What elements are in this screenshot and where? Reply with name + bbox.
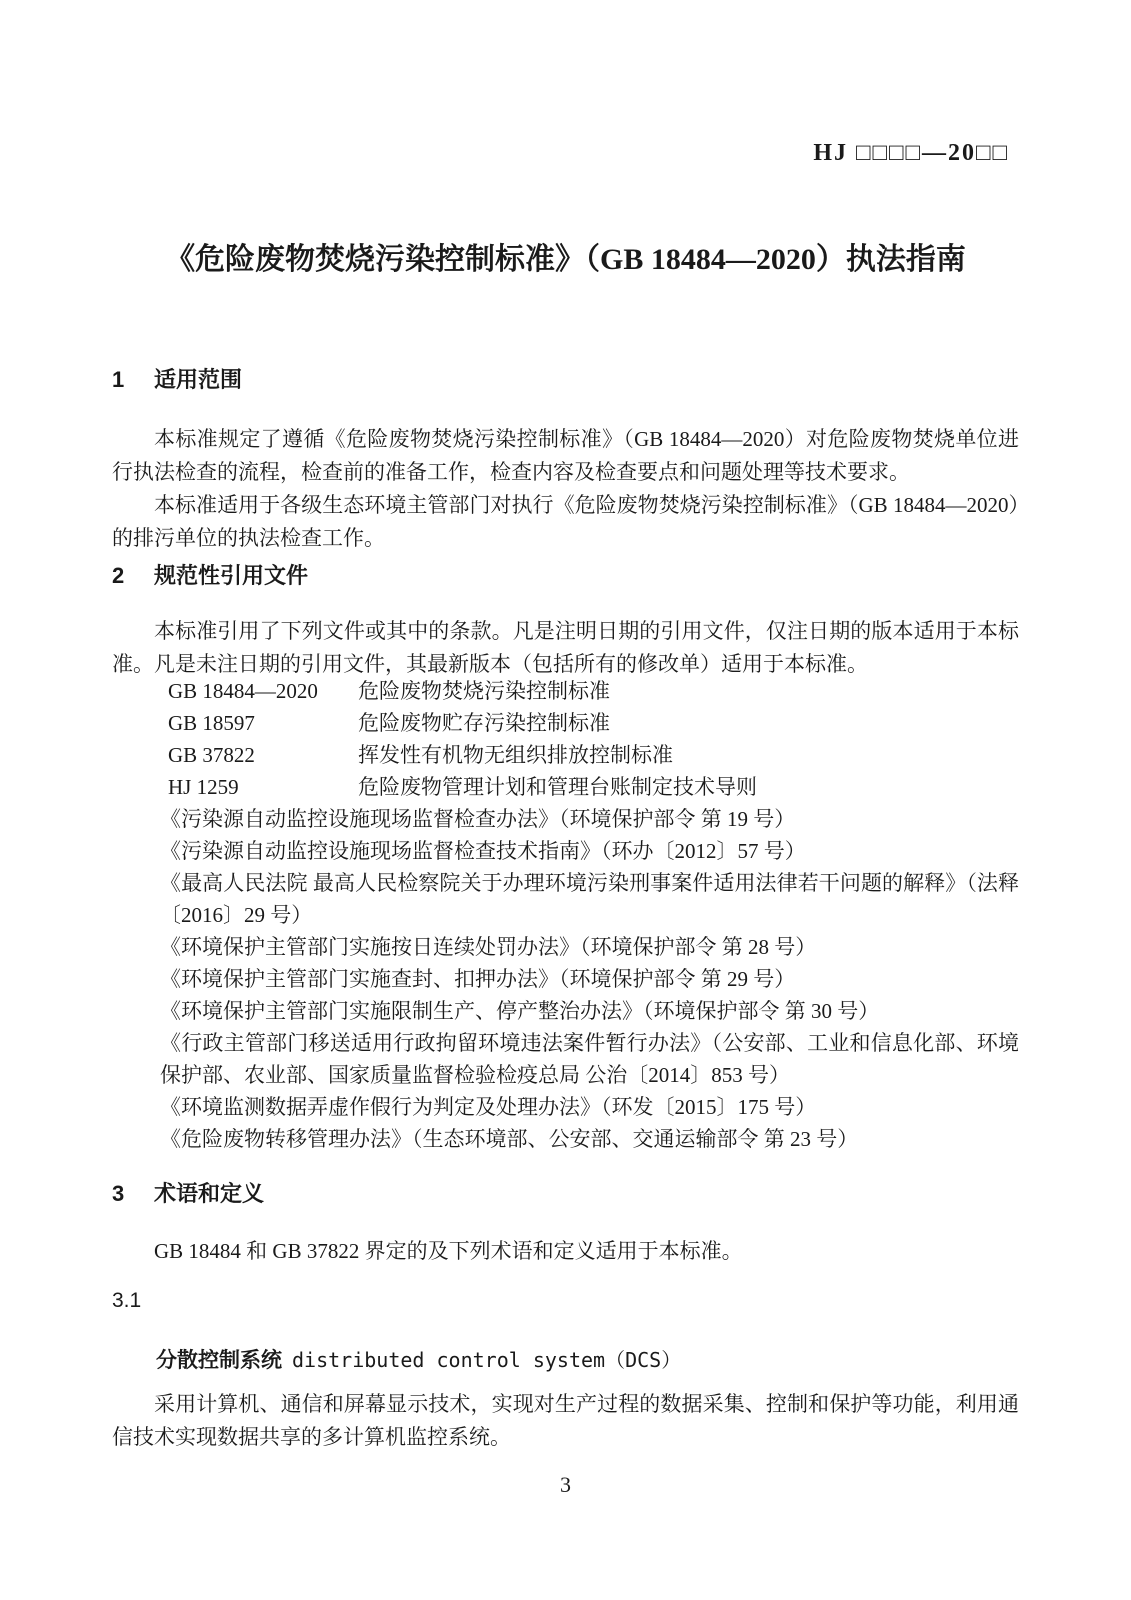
term-number: 3.1 xyxy=(112,1284,1019,1317)
term-name-zh: 分散控制系统 xyxy=(156,1349,282,1372)
reference-doc-item: 《环境监测数据弄虚作假行为判定及处理办法》（环发〔2015〕175 号） xyxy=(160,1091,1019,1123)
reference-doc-item: 《最高人民法院 最高人民检察院关于办理环境污染刑事案件适用法律若干问题的解释》（… xyxy=(160,867,1019,931)
term-name-en: distributed control system（DCS） xyxy=(292,1348,681,1372)
section-2-title: 规范性引用文件 xyxy=(154,563,308,588)
section-3-title: 术语和定义 xyxy=(154,1181,264,1206)
standard-code: GB 18484—2020 xyxy=(168,675,358,707)
section-3-heading: 3术语和定义 xyxy=(112,1179,1019,1209)
reference-doc-item: 《环境保护主管部门实施按日连续处罚办法》（环境保护部令 第 28 号） xyxy=(160,931,1019,963)
terms-intro: GB 18484 和 GB 37822 界定的及下列术语和定义适用于本标准。 xyxy=(112,1235,1019,1268)
reference-doc-item: 《行政主管部门移送适用行政拘留环境违法案件暂行办法》（公安部、工业和信息化部、环… xyxy=(160,1027,1019,1091)
document-page: HJ □□□□—20□□ 《危险废物焚烧污染控制标准》（GB 18484—202… xyxy=(0,0,1131,1600)
page-number: 3 xyxy=(0,1470,1131,1500)
section-2-heading: 2规范性引用文件 xyxy=(112,561,1019,591)
section-1-number: 1 xyxy=(112,365,154,395)
standard-code: HJ 1259 xyxy=(168,771,358,803)
reference-doc-item: 《环境保护主管部门实施查封、扣押办法》（环境保护部令 第 29 号） xyxy=(160,963,1019,995)
term-line: 分散控制系统distributed control system（DCS） xyxy=(112,1345,1019,1376)
references-intro: 本标准引用了下列文件或其中的条款。凡是注明日期的引用文件，仅注日期的版本适用于本… xyxy=(112,615,1019,681)
scope-paragraph-2: 本标准适用于各级生态环境主管部门对执行《危险废物焚烧污染控制标准》（GB 184… xyxy=(112,489,1019,555)
term-definition: 采用计算机、通信和屏幕显示技术，实现对生产过程的数据采集、控制和保护等功能，利用… xyxy=(112,1388,1019,1454)
standard-code: GB 18597 xyxy=(168,707,358,739)
reference-doc-item: 《危险废物转移管理办法》（生态环境部、公安部、交通运输部令 第 23 号） xyxy=(160,1123,1019,1155)
section-1-title: 适用范围 xyxy=(154,367,242,392)
scope-paragraph-1: 本标准规定了遵循《危险废物焚烧污染控制标准》（GB 18484—2020）对危险… xyxy=(112,423,1019,489)
reference-doc-item: 《环境保护主管部门实施限制生产、停产整治办法》（环境保护部令 第 30 号） xyxy=(160,995,1019,1027)
doc-number-header: HJ □□□□—20□□ xyxy=(112,138,1019,168)
standard-ref-row: GB 37822 挥发性有机物无组织排放控制标准 xyxy=(168,739,1019,771)
standard-ref-row: HJ 1259 危险废物管理计划和管理台账制定技术导则 xyxy=(168,771,1019,803)
reference-doc-item: 《污染源自动监控设施现场监督检查技术指南》（环办〔2012〕57 号） xyxy=(160,835,1019,867)
section-2-number: 2 xyxy=(112,561,154,591)
standard-title: 危险废物贮存污染控制标准 xyxy=(358,707,610,739)
standard-code: GB 37822 xyxy=(168,739,358,771)
reference-doc-item: 《污染源自动监控设施现场监督检查办法》（环境保护部令 第 19 号） xyxy=(160,803,1019,835)
reference-documents-list: 《污染源自动监控设施现场监督检查办法》（环境保护部令 第 19 号） 《污染源自… xyxy=(112,803,1019,1155)
standard-title: 危险废物焚烧污染控制标准 xyxy=(358,675,610,707)
doc-title: 《危险废物焚烧污染控制标准》（GB 18484—2020）执法指南 xyxy=(112,239,1019,281)
standard-title: 危险废物管理计划和管理台账制定技术导则 xyxy=(358,771,757,803)
section-3-number: 3 xyxy=(112,1179,154,1209)
doc-number: HJ □□□□—20□□ xyxy=(813,140,1009,166)
standard-ref-row: GB 18597 危险废物贮存污染控制标准 xyxy=(168,707,1019,739)
standard-title: 挥发性有机物无组织排放控制标准 xyxy=(358,739,673,771)
standard-ref-row: GB 18484—2020 危险废物焚烧污染控制标准 xyxy=(168,675,1019,707)
standards-list: GB 18484—2020 危险废物焚烧污染控制标准 GB 18597 危险废物… xyxy=(112,675,1019,803)
section-1-heading: 1适用范围 xyxy=(112,365,1019,395)
